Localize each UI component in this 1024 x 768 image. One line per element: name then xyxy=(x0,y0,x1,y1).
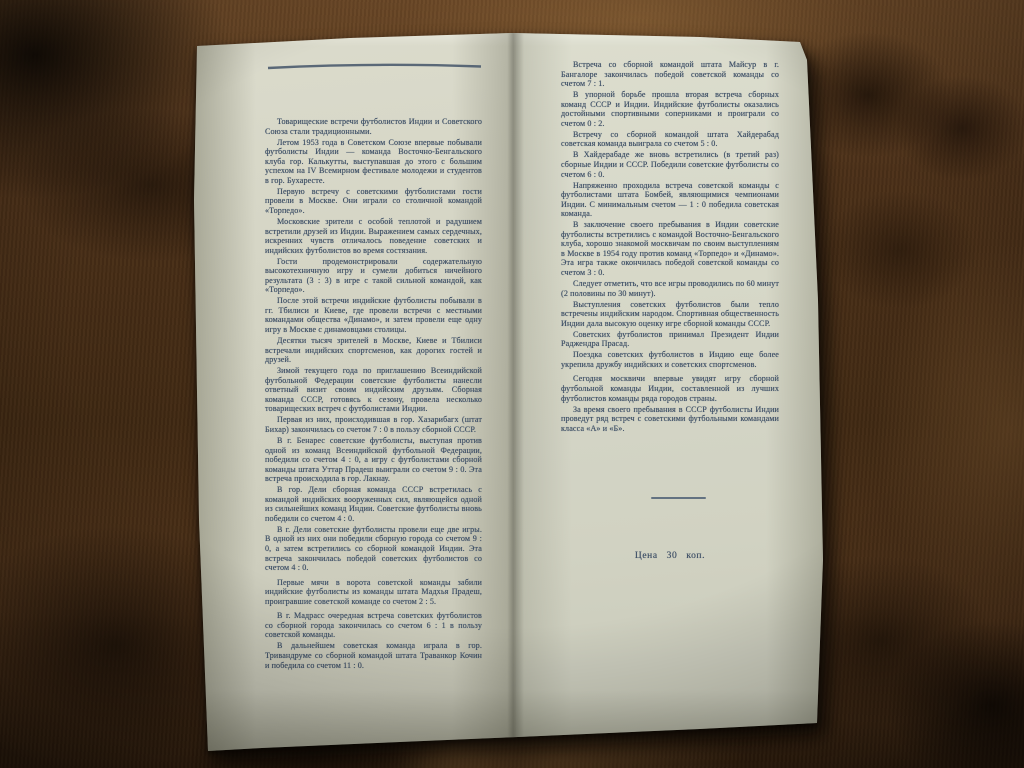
paragraph: Первую встречу с советскими футболистами… xyxy=(265,187,482,216)
paragraph: В дальнейшем советская команда играла в … xyxy=(265,641,482,670)
paragraph: В Хайдерабаде же вновь встретились (в тр… xyxy=(561,150,779,179)
booklet-shadow: Товарищеские встречи футболистов Индии и… xyxy=(0,0,1024,768)
paragraph: Летом 1953 года в Советском Союзе впервы… xyxy=(265,138,482,186)
open-booklet-spread: Товарищеские встречи футболистов Индии и… xyxy=(0,0,1024,768)
photo-scene: Товарищеские встречи футболистов Индии и… xyxy=(0,0,1024,768)
paragraph: В упорной борьбе прошла вторая встреча с… xyxy=(561,90,779,128)
paragraph: Первые мячи в ворота советской команды з… xyxy=(265,578,482,607)
paragraph: За время своего пребывания в СССР футбол… xyxy=(561,405,779,434)
paragraph: В заключение своего пребывания в Индии с… xyxy=(561,220,779,277)
paragraph: Товарищеские встречи футболистов Индии и… xyxy=(265,117,482,136)
paragraph: Встречу со сборной командой штата Хайдер… xyxy=(561,130,779,149)
paragraph: В г. Дели советские футболисты провели е… xyxy=(265,525,482,573)
paragraph: В г. Мадрасс очередная встреча советских… xyxy=(265,611,482,640)
paragraph: Зимой текущего года по приглашению Всеин… xyxy=(265,366,482,414)
price-label: Цена 30 коп. xyxy=(561,551,779,561)
paragraph: В г. Бенарес советские футболисты, высту… xyxy=(265,436,482,484)
header-rule-line xyxy=(266,61,484,71)
paragraph: Напряженно проходила встреча советской к… xyxy=(561,181,779,219)
paragraph: Выступления советских футболистов были т… xyxy=(561,300,779,329)
paragraph: После этой встречи индийские футболисты … xyxy=(265,296,482,334)
end-divider-line xyxy=(651,497,706,499)
paragraph: Московские зрители с особой теплотой и р… xyxy=(265,217,482,255)
paragraph: В гор. Дели сборная команда СССР встрети… xyxy=(265,485,482,523)
paragraph: Сегодня москвичи впервые увидят игру сбо… xyxy=(561,374,779,403)
paragraph: Первая из них, происходившая в гор. Хаза… xyxy=(265,415,482,434)
paper-bottom-shading xyxy=(194,690,824,752)
left-page-text-column: Товарищеские встречи футболистов Индии и… xyxy=(265,117,482,672)
paragraph: Поездка советских футболистов в Индию ещ… xyxy=(561,350,779,369)
paragraph: Следует отметить, что все игры проводили… xyxy=(561,279,779,298)
right-page-text-column: Встреча со сборной командой штата Майсур… xyxy=(561,60,779,435)
paragraph: Советских футболистов принимал Президент… xyxy=(561,330,779,349)
paragraph: Гости продемонстрировали содержательную … xyxy=(265,257,482,295)
paragraph: Встреча со сборной командой штата Майсур… xyxy=(561,60,779,89)
paper-top-highlight xyxy=(194,30,824,46)
paper-left-edge-shading xyxy=(194,30,256,752)
paragraph: Десятки тысяч зрителей в Москве, Киеве и… xyxy=(265,336,482,365)
